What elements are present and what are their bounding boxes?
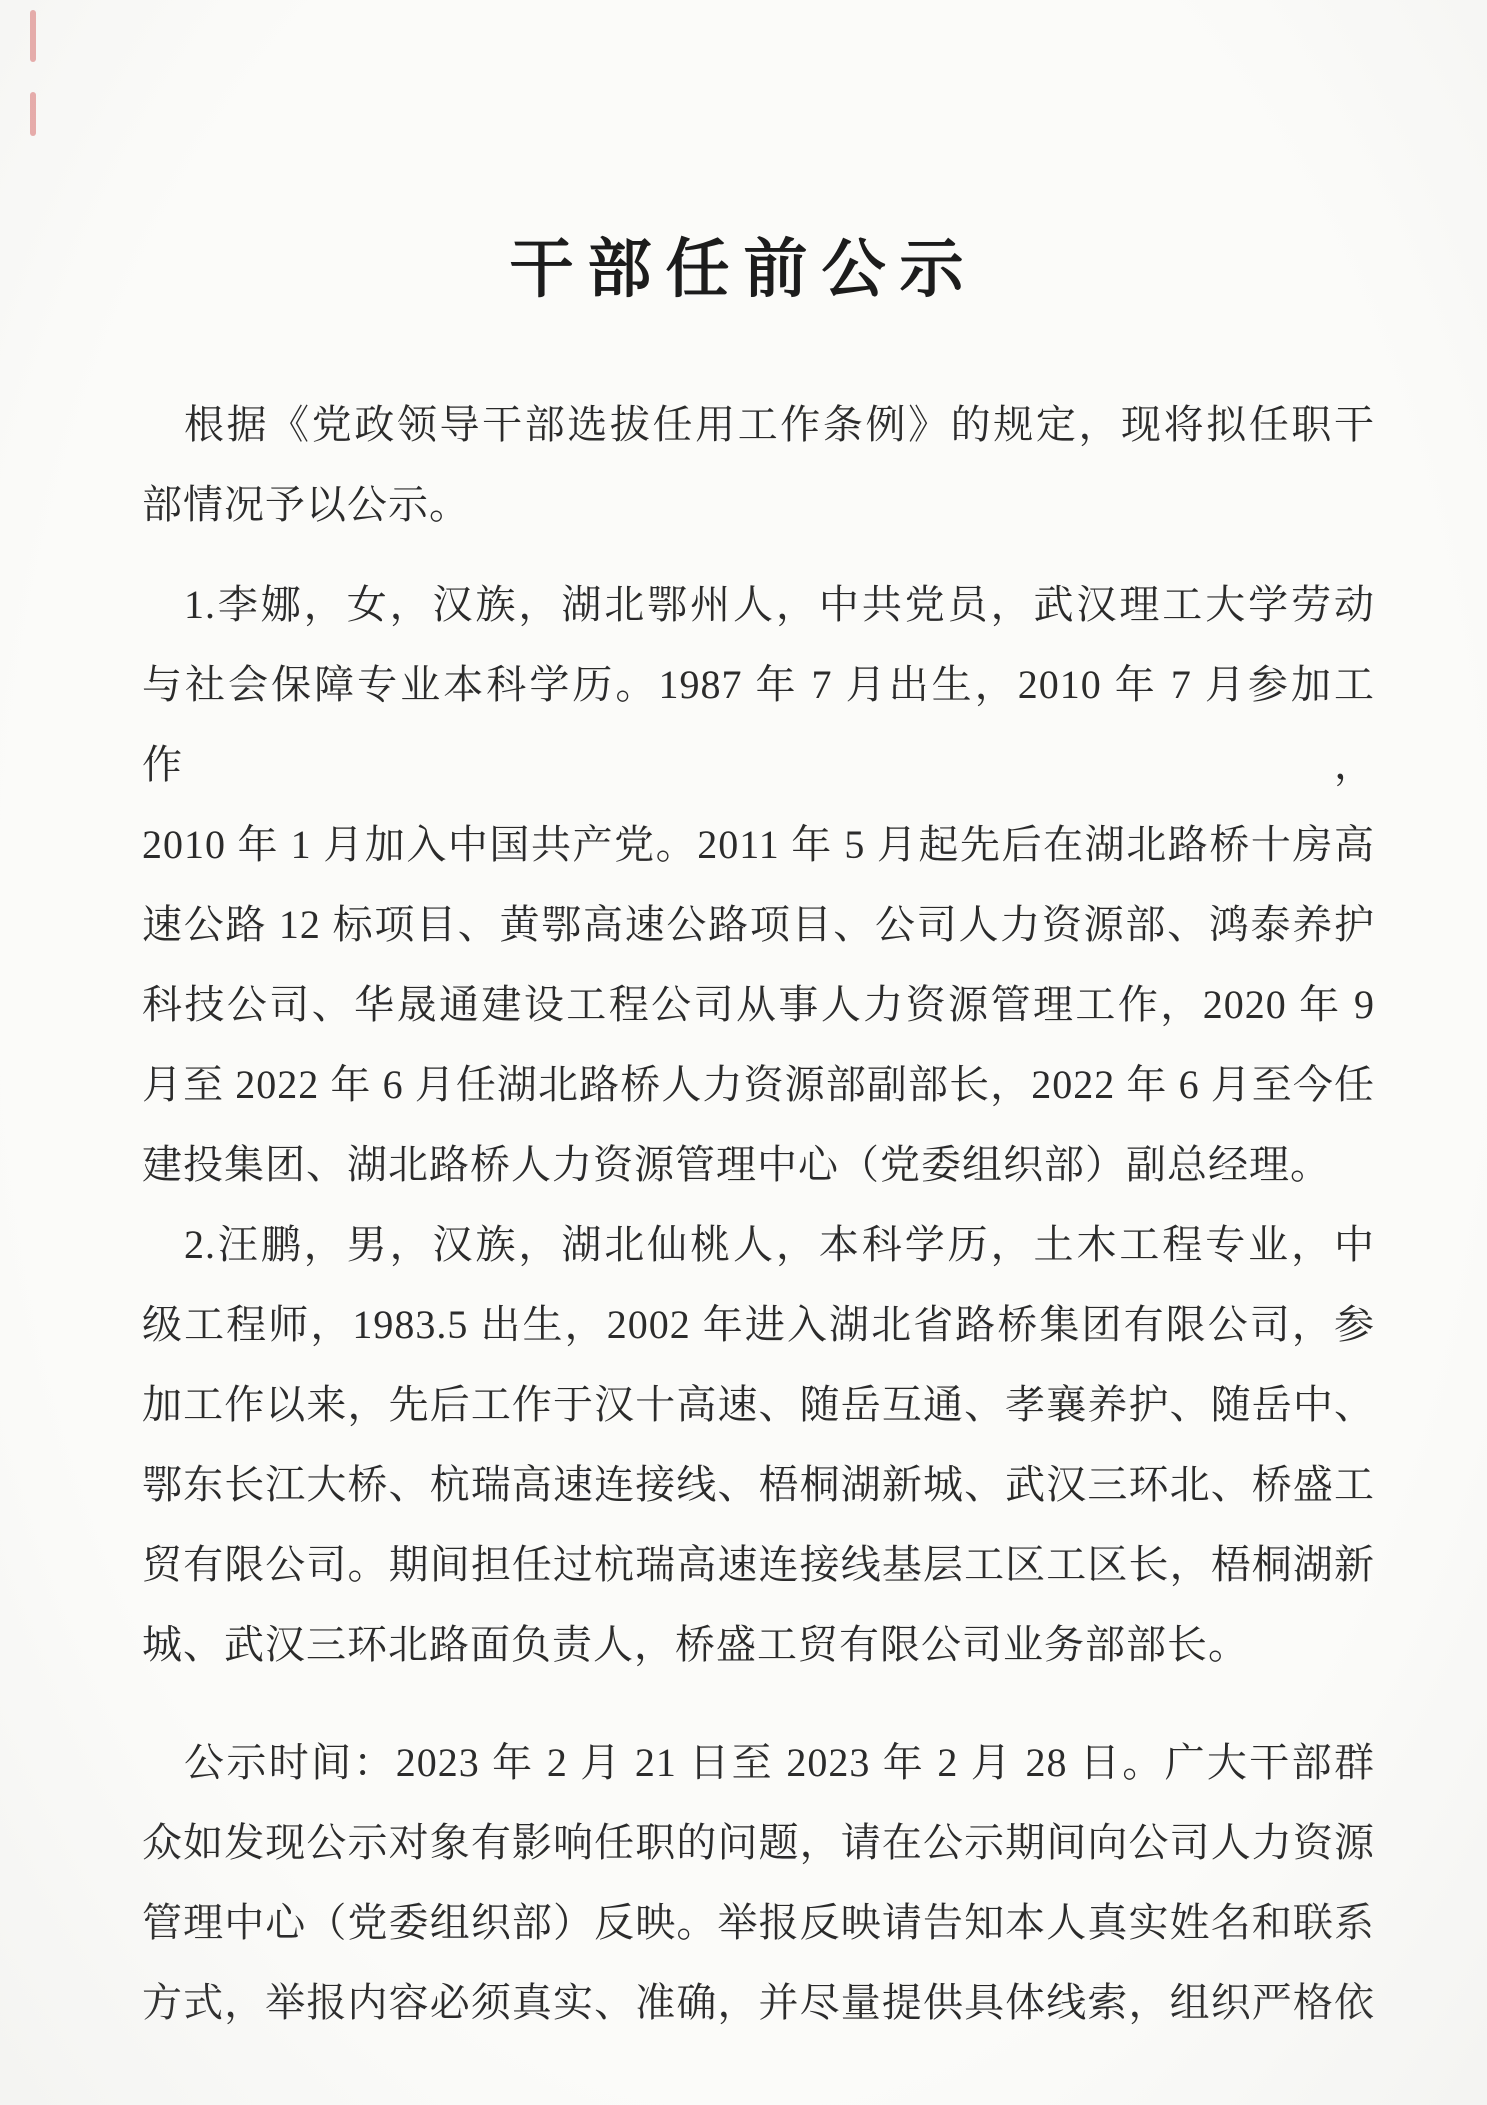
- text-line: 月至 2022 年 6 月任湖北路桥人力资源部副部长，2022 年 6 月至今任: [142, 1045, 1375, 1125]
- paragraph-candidate-2-wang-peng: 2.汪鹏，男，汉族，湖北仙桃人，本科学历，土木工程专业，中级工程师，1983.5…: [142, 1205, 1375, 1685]
- text-line: 加工作以来，先后工作于汉十高速、随岳互通、孝襄养护、随岳中、: [142, 1365, 1375, 1445]
- document-title: 干部任前公示: [0, 230, 1487, 310]
- text-line: 贸有限公司。期间担任过杭瑞高速连接线基层工区工区长，梧桐湖新: [142, 1525, 1375, 1605]
- text-line: 方式，举报内容必须真实、准确，并尽量提供具体线索，组织严格依: [142, 1963, 1375, 2043]
- scan-artifact-mark: [30, 10, 36, 62]
- text-line: 1.李娜，女，汉族，湖北鄂州人，中共党员，武汉理工大学劳动: [142, 565, 1375, 645]
- text-line: 根据《党政领导干部选拔任用工作条例》的规定，现将拟任职干: [142, 385, 1375, 465]
- text-line: 城、武汉三环北路面负责人，桥盛工贸有限公司业务部部长。: [142, 1605, 1375, 1685]
- paragraph-notice-period: 公示时间：2023 年 2 月 21 日至 2023 年 2 月 28 日。广大…: [142, 1723, 1375, 2043]
- text-line: 公示时间：2023 年 2 月 21 日至 2023 年 2 月 28 日。广大…: [142, 1723, 1375, 1803]
- text-line: 众如发现公示对象有影响任职的问题，请在公示期间向公司人力资源: [142, 1803, 1375, 1883]
- text-line: 2010 年 1 月加入中国共产党。2011 年 5 月起先后在湖北路桥十房高: [142, 805, 1375, 885]
- text-line: 科技公司、华晟通建设工程公司从事人力资源管理工作，2020 年 9: [142, 965, 1375, 1045]
- document-page: 干部任前公示 根据《党政领导干部选拔任用工作条例》的规定，现将拟任职干部情况予以…: [0, 0, 1487, 2105]
- text-line: 2.汪鹏，男，汉族，湖北仙桃人，本科学历，土木工程专业，中: [142, 1205, 1375, 1285]
- text-line: 管理中心（党委组织部）反映。举报反映请告知本人真实姓名和联系: [142, 1883, 1375, 1963]
- text-line: 部情况予以公示。: [142, 465, 1375, 545]
- scan-artifact-mark: [30, 92, 36, 136]
- text-line: 建投集团、湖北路桥人力资源管理中心（党委组织部）副总经理。: [142, 1125, 1375, 1205]
- text-line: 鄂东长江大桥、杭瑞高速连接线、梧桐湖新城、武汉三环北、桥盛工: [142, 1445, 1375, 1525]
- text-line: 与社会保障专业本科学历。1987 年 7 月出生，2010 年 7 月参加工作，: [142, 645, 1375, 805]
- paragraph-candidate-1-li-na: 1.李娜，女，汉族，湖北鄂州人，中共党员，武汉理工大学劳动与社会保障专业本科学历…: [142, 565, 1375, 1205]
- text-line: 级工程师，1983.5 出生，2002 年进入湖北省路桥集团有限公司，参: [142, 1285, 1375, 1365]
- paragraph-intro: 根据《党政领导干部选拔任用工作条例》的规定，现将拟任职干部情况予以公示。: [142, 385, 1375, 545]
- text-line: 速公路 12 标项目、黄鄂高速公路项目、公司人力资源部、鸿泰养护: [142, 885, 1375, 965]
- document-body: 根据《党政领导干部选拔任用工作条例》的规定，现将拟任职干部情况予以公示。1.李娜…: [142, 385, 1375, 2043]
